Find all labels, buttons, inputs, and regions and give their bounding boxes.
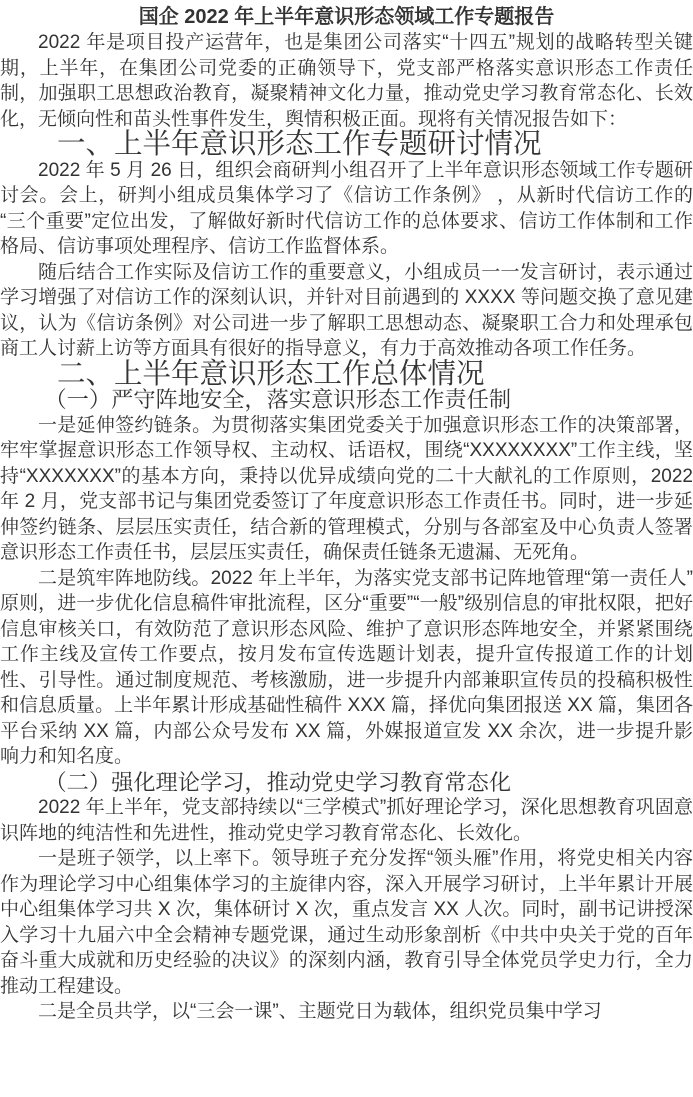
paragraph-allmember-study-clipped: 二是全员共学，以“三会一课”、主题党日为载体，组织党员集中学习: [0, 999, 693, 1025]
paragraph-intro: 2022 年是项目投产运营年，也是集团公司落实“十四五”规划的战略转型关键期，上…: [0, 30, 693, 132]
document-title: 国企 2022 年上半年意识形态领域工作专题报告: [0, 4, 693, 30]
paragraph-signing-chain: 一是延伸签约链条。为贯彻落实集团党委关于加强意识形态工作的决策部署，牢牢掌握意识…: [0, 413, 693, 566]
paragraph-theory-study: 2022 年上半年，党支部持续以“三学模式”抓好理论学习，深化思想教育巩固意识阵…: [0, 795, 693, 846]
paragraph-discussion: 随后结合工作实际及信访工作的重要意义，小组成员一一发言研讨，表示通过学习增强了对…: [0, 260, 693, 362]
subsection-heading-2-2: （二）强化理论学习，推动党史学习教育常态化: [0, 770, 693, 796]
paragraph-position-defense: 二是筑牢阵地防线。2022 年上半年，为落实党支部书记阵地管理“第一责任人”原则…: [0, 566, 693, 770]
paragraph-seminar: 2022 年 5 月 26 日，组织会商研判小组召开了上半年意识形态领域工作专题…: [0, 158, 693, 260]
section-heading-2: 二、上半年意识形态工作总体情况: [0, 362, 693, 388]
section-heading-1: 一、上半年意识形态工作专题研讨情况: [0, 132, 693, 158]
subsection-heading-2-1: （一）严守阵地安全，落实意识形态工作责任制: [0, 387, 693, 413]
document-page: 国企 2022 年上半年意识形态领域工作专题报告 2022 年是项目投产运营年，…: [0, 0, 693, 1097]
paragraph-leadership-study: 一是班子领学，以上率下。领导班子充分发挥“领头雁”作用，将党史相关内容作为理论学…: [0, 846, 693, 999]
